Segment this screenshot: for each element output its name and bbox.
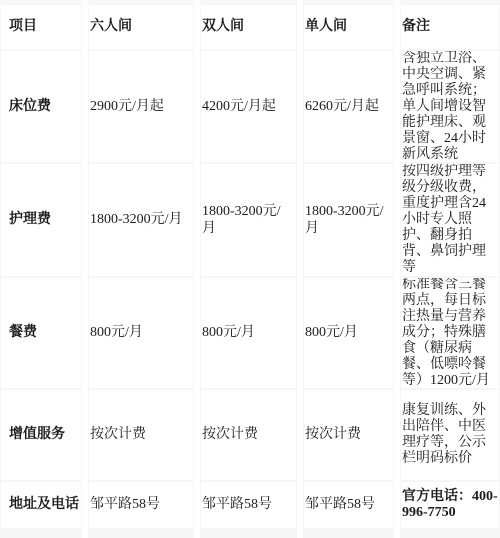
column-header-label: 双人间 xyxy=(202,18,244,36)
cell-value: 800元/月 xyxy=(305,324,358,342)
row-label-text: 护理费 xyxy=(9,211,51,229)
column-header-label: 单人间 xyxy=(305,18,347,36)
cell-value: 邹平路58号 xyxy=(90,496,160,514)
cell-bed-fee-single-room: 6260元/月起 xyxy=(303,50,394,163)
cell-value-added-double-room: 按次计费 xyxy=(200,389,297,481)
cell-value: 1800-3200元/月 xyxy=(202,203,294,238)
column-header-single-room: 单人间 xyxy=(303,4,394,50)
row-label-text: 增值服务 xyxy=(9,426,65,444)
row-label-meal-fee: 餐费 xyxy=(0,277,82,389)
pricing-table: 项目 六人间 双人间 单人间 备注 床位费 2900元/月起 4200元/月起 … xyxy=(0,0,500,538)
cell-nursing-fee-six-room: 1800-3200元/月 xyxy=(88,163,194,277)
cell-nursing-fee-double-room: 1800-3200元/月 xyxy=(200,163,297,277)
table-bottom-strip-cell xyxy=(303,529,394,538)
cell-nursing-fee-single-room: 1800-3200元/月 xyxy=(303,163,394,277)
cell-meal-fee-six-room: 800元/月 xyxy=(88,277,194,389)
row-label-value-added-services: 增值服务 xyxy=(0,389,82,481)
cell-bed-fee-note: 含独立卫浴、中央空调、紧急呼叫系统；单人间增设智能护理床、观景窗、24小时新风系… xyxy=(400,50,500,163)
cell-address-six-room: 邹平路58号 xyxy=(88,481,194,529)
cell-value: 4200元/月起 xyxy=(202,98,276,116)
official-phone-text: 官方电话：400-996-7750 xyxy=(402,489,499,521)
note-text: 按四级护理等级分级收费，重度护理含24小时专人照护、翻身拍背、鼻饲护理等 xyxy=(402,164,499,276)
note-text: 康复训练、外出陪伴、中医理疗等，公示栏明码标价 xyxy=(402,403,499,467)
column-header-item: 项目 xyxy=(0,4,82,50)
cell-nursing-fee-note: 按四级护理等级分级收费，重度护理含24小时专人照护、翻身拍背、鼻饲护理等 xyxy=(400,163,500,277)
cell-value: 1800-3200元/月 xyxy=(90,211,183,229)
row-label-address-phone: 地址及电话 xyxy=(0,481,82,529)
column-header-six-room: 六人间 xyxy=(88,4,194,50)
column-header-double-room: 双人间 xyxy=(200,4,297,50)
cell-value: 6260元/月起 xyxy=(305,98,379,116)
cell-address-single-room: 邹平路58号 xyxy=(303,481,394,529)
column-header-label: 项目 xyxy=(9,18,37,36)
cell-meal-fee-single-room: 800元/月 xyxy=(303,277,394,389)
row-label-text: 床位费 xyxy=(9,98,51,116)
note-text: 含独立卫浴、中央空调、紧急呼叫系统；单人间增设智能护理床、观景窗、24小时新风系… xyxy=(402,51,499,163)
cell-value-added-single-room: 按次计费 xyxy=(303,389,394,481)
table-bottom-strip-cell xyxy=(400,529,500,538)
cell-value-added-note: 康复训练、外出陪伴、中医理疗等，公示栏明码标价 xyxy=(400,389,500,481)
cell-value: 按次计费 xyxy=(202,426,258,444)
cell-value: 邹平路58号 xyxy=(202,496,272,514)
row-label-text: 地址及电话 xyxy=(9,496,79,514)
cell-bed-fee-double-room: 4200元/月起 xyxy=(200,50,297,163)
row-label-nursing-fee: 护理费 xyxy=(0,163,82,277)
cell-value: 按次计费 xyxy=(90,426,146,444)
column-header-label: 六人间 xyxy=(90,18,132,36)
cell-value: 邹平路58号 xyxy=(305,496,375,514)
cell-meal-fee-note: 标准餐含三餐两点，每日标注热量与营养成分；特殊膳食（糖尿病餐、低嘌呤餐等）120… xyxy=(400,277,500,389)
cell-value: 按次计费 xyxy=(305,426,361,444)
column-header-notes: 备注 xyxy=(400,4,500,50)
cell-value: 800元/月 xyxy=(202,324,255,342)
column-header-label: 备注 xyxy=(402,18,430,36)
cell-official-phone: 官方电话：400-996-7750 xyxy=(400,481,500,529)
cell-value: 1800-3200元/月 xyxy=(305,203,391,238)
row-label-bed-fee: 床位费 xyxy=(0,50,82,163)
note-text: 标准餐含三餐两点，每日标注热量与营养成分；特殊膳食（糖尿病餐、低嘌呤餐等）120… xyxy=(402,277,499,389)
row-label-text: 餐费 xyxy=(9,324,37,342)
cell-value: 800元/月 xyxy=(90,324,143,342)
cell-meal-fee-double-room: 800元/月 xyxy=(200,277,297,389)
table-bottom-strip-cell xyxy=(200,529,297,538)
table-bottom-strip-cell xyxy=(88,529,194,538)
cell-bed-fee-six-room: 2900元/月起 xyxy=(88,50,194,163)
table-bottom-strip-cell xyxy=(0,529,82,538)
cell-address-double-room: 邹平路58号 xyxy=(200,481,297,529)
cell-value-added-six-room: 按次计费 xyxy=(88,389,194,481)
cell-value: 2900元/月起 xyxy=(90,98,164,116)
